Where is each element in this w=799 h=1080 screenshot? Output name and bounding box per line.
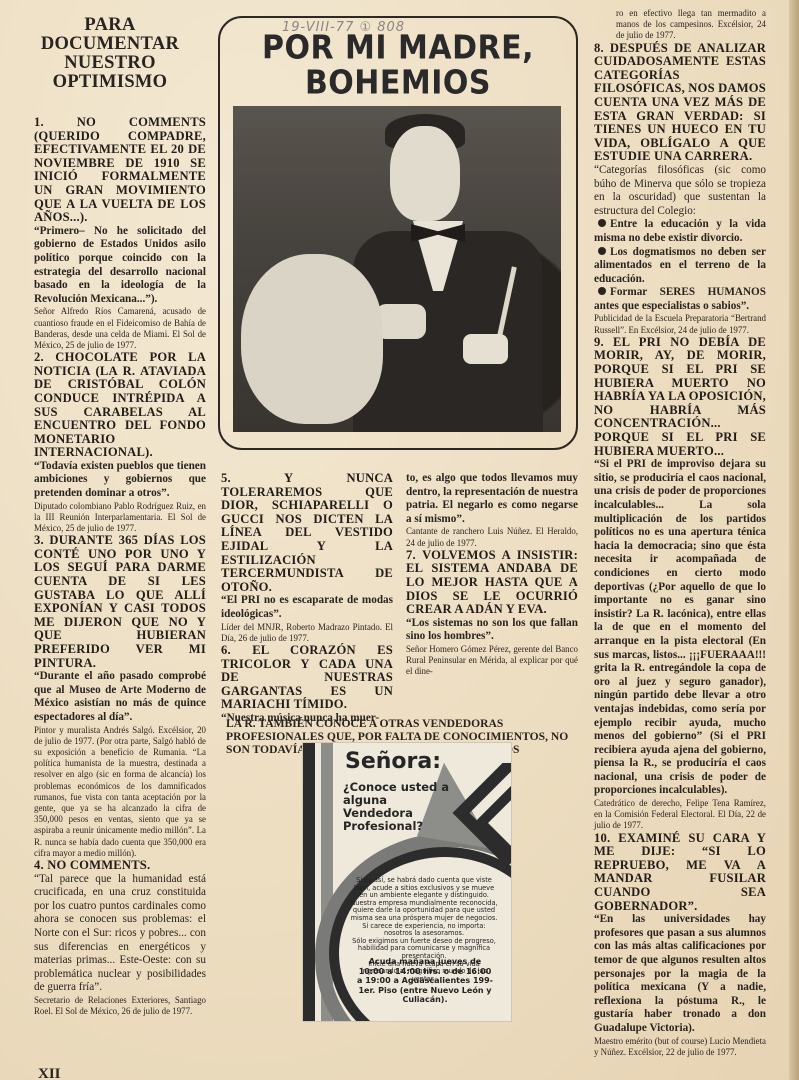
right-column: ro en efectivo llega tan mermadito a man… <box>594 8 766 1058</box>
item-10-heading: 10. EXAMINÉ SU CARA Y ME DIJE: “SI LO RE… <box>594 832 766 914</box>
item-9-heading: 9. EL PRI NO DEBÍA DE MORIR, AY, DE MORI… <box>594 336 766 458</box>
bullet-dot-icon <box>598 247 606 255</box>
ad-body-paragraph: Si carece de experiencia, no importa: no… <box>349 923 499 938</box>
bullet-text: Entre la educación y la vida misma no de… <box>594 218 766 244</box>
item-7-source-continued: ro en efectivo llega tan mermadito a man… <box>616 8 766 42</box>
item-2-source: Diputado colombiano Pablo Rodríguez Ruiz… <box>34 501 206 535</box>
magazine-page: PARA DOCUMENTAR NUESTRO OPTIMISMO 1. NO … <box>0 0 799 1080</box>
item-7-quote: “Los sistemas no son los que fallan sino… <box>406 617 578 644</box>
item-4-quote: “Tal parece que la humanidad está crucif… <box>34 873 206 995</box>
classified-advertisement: Señora: ¿Conoce usted a alguna Vendedora… <box>302 742 512 1022</box>
item-8-heading: 8. DESPUÉS DE ANALIZAR CUIDADOSAMENTE ES… <box>594 42 766 164</box>
item-6-source: Cantante de ranchero Luis Núñez. El Hera… <box>406 526 578 548</box>
item-3-heading: 3. DURANTE 365 DÍAS LOS CONTÉ UNO POR UN… <box>34 534 206 670</box>
item-6-heading: 6. EL CORAZÓN ES TRICOLOR Y CADA UNA DE … <box>221 644 393 712</box>
item-8-source: Publicidad de la Escuela Preparatoria “B… <box>594 313 766 335</box>
feature-headline: POR MI MADRE, BOHEMIOS <box>240 31 556 101</box>
item-7-source: Señor Homero Gómez Pérez, gerente del Ba… <box>406 644 578 678</box>
center-left-column: 5. Y NUNCA TOLERAREMOS QUE DIOR, SCHIAPA… <box>221 472 393 726</box>
ad-headline: Señora: <box>345 749 441 774</box>
photo-figure-young-man-face <box>390 126 460 221</box>
item-5-heading: 5. Y NUNCA TOLERAREMOS QUE DIOR, SCHIAPA… <box>221 472 393 594</box>
item-6-quote-continued: to, es algo que todos llevamos muy dentr… <box>406 472 578 526</box>
item-9-quote: “Si el PRI de improviso dejara su sitio,… <box>594 458 766 798</box>
item-2-heading: 2. CHOCOLATE POR LA NOTICIA (LA R. ATAVI… <box>34 351 206 460</box>
item-8-quote: “Categorías filosóficas (sic como búho d… <box>594 164 766 218</box>
ad-subheadline: ¿Conoce usted a alguna Vendedora Profesi… <box>343 781 453 833</box>
item-8-bullet: Los dogmatismos no deben ser alimentados… <box>594 246 766 287</box>
ad-call-to-action: Acuda mañana jueves de 10:00 a 14:00 hrs… <box>355 957 495 1005</box>
center-right-column: to, es algo que todos llevamos muy dentr… <box>406 472 578 678</box>
bullet-text: Los dogmatismos no deben ser alimentados… <box>594 246 766 285</box>
item-2-quote: “Todavía existen pueblos que tienen ambi… <box>34 460 206 501</box>
section-title: PARA DOCUMENTAR NUESTRO OPTIMISMO <box>20 16 200 92</box>
item-3-source: Pintor y muralista Andrés Salgó. Excélsi… <box>34 725 206 859</box>
item-1-source: Señor Alfredo Ríos Camarená, acusado de … <box>34 306 206 351</box>
ad-body-paragraph: Nuestra empresa mundialmente reconocida,… <box>349 900 499 923</box>
item-4-source: Secretario de Relaciones Exteriores, San… <box>34 995 206 1017</box>
feature-photo <box>233 106 561 432</box>
item-3-quote: “Durante el año pasado comprobé que al M… <box>34 670 206 724</box>
bullet-text: Formar SERES HUMANOS antes que especiali… <box>594 286 766 312</box>
bullet-dot-icon <box>598 287 606 295</box>
item-8-bullet: Entre la educación y la vida misma no de… <box>594 218 766 245</box>
item-8-bullet: Formar SERES HUMANOS antes que especiali… <box>594 286 766 313</box>
ad-body-paragraph: Si es así, se habrá dado cuenta que vist… <box>349 877 499 900</box>
item-9-source: Catedrático de derecho, Felipe Tena Ramí… <box>594 798 766 832</box>
ad-stripe-dark <box>303 743 315 1021</box>
photo-figure-older-man <box>241 254 383 424</box>
item-7-heading: 7. VOLVEMOS A INSISTIR: EL SISTEMA ANDAB… <box>406 549 578 617</box>
item-4-heading: 4. NO COMMENTS. <box>34 859 206 873</box>
item-5-source: Líder del MNJR, Roberto Madrazo Pintado.… <box>221 622 393 644</box>
page-folio: XII <box>38 1066 61 1080</box>
item-5-quote: “El PRI no es escaparate de modas ideoló… <box>221 594 393 621</box>
photo-figure-hand-pistol <box>376 304 426 339</box>
item-10-quote: “En las universidades hay profesores que… <box>594 913 766 1035</box>
item-10-source: Maestro emérito (but of course) Lucio Me… <box>594 1036 766 1058</box>
photo-figure-hand <box>463 334 508 364</box>
page-edge-shadow <box>789 0 799 1080</box>
item-1-heading: 1. NO COMMENTS (QUERIDO COMPADRE, EFECTI… <box>34 116 206 225</box>
item-1-quote: “Primero– No he solicitado del gobierno … <box>34 225 206 307</box>
bullet-dot-icon <box>598 219 606 227</box>
left-column: 1. NO COMMENTS (QUERIDO COMPADRE, EFECTI… <box>34 116 206 1017</box>
